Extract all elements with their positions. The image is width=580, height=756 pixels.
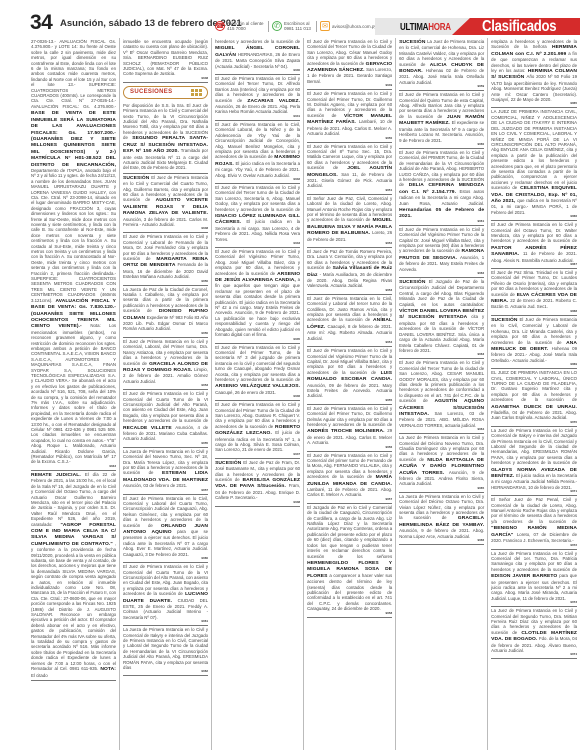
classified-notice: La Jueza de Primera Instancia en lo Civi… <box>123 448 208 495</box>
phone-icon: ☎ <box>215 21 225 31</box>
notice-text: El Juez de Primera Instancia en lo Civil… <box>215 122 300 159</box>
classified-notice: La Juez de Primera Instancia en lo Civil… <box>491 607 577 659</box>
notice-code: 9045 <box>215 338 300 341</box>
classified-notice: El Juez de Primera Instancia en lo Civil… <box>307 143 392 195</box>
contact-whatsapp: ✆ Escribinos al0981 111 013 <box>272 19 311 33</box>
classified-notice: El Juez de Primera Instancia en lo Civil… <box>307 38 392 90</box>
notice-text: El Juez de Primera Instancia en lo Civil… <box>491 222 577 243</box>
notice-text: El Juez de Primera Instancia en lo Civil… <box>215 345 300 382</box>
notice-name: SUCESIÓN <box>399 40 427 45</box>
classified-notice: El Juez de Primera Instancia en lo Civil… <box>215 248 300 344</box>
notice-code: 9057 <box>123 489 208 492</box>
classified-notice: El Juez de Primera Instancia en lo Civil… <box>399 359 484 434</box>
notice-text: El Juzgado de Paz en lo Civil y Comercia… <box>307 505 392 559</box>
notice-code: 9052 <box>307 242 392 245</box>
notice-code: 9056 <box>307 446 392 449</box>
notice-name: RECALDE VILLETE <box>123 426 175 431</box>
notice-text: El Juez de Primera Instancia en lo Civil… <box>215 185 300 212</box>
notice-name: SUCESIÓN <box>491 318 519 323</box>
notice-name: ARSENIO VELÁZQUEZ VALLEJOS. <box>215 384 300 389</box>
notice-code: 9066 <box>491 215 577 218</box>
notice-code: 9059 <box>399 85 484 88</box>
brand-part1: ULTIMA <box>400 22 428 33</box>
section-title: Clasificados <box>482 18 556 36</box>
classified-notice: El Señor Juez de Paz, Civil, Comercial y… <box>307 195 392 248</box>
notice-text: 27-0026-13.- AVALUACIÓN FISCAL Gs. 4.376… <box>31 39 116 109</box>
classified-notice: SUCESIÓN El Juez de Primera Instancia en… <box>491 316 577 369</box>
notice-code: 9057 <box>307 498 392 501</box>
notice-code: 9067 <box>491 263 577 266</box>
notice-name: AGANETHA DUECK DE UNRAU. <box>491 405 577 410</box>
classified-notice: El Juez de Primera Instancia en lo Civil… <box>123 233 208 285</box>
notice-text: a fin que aquellos que tengan algo que r… <box>215 277 300 337</box>
people-icon <box>191 89 202 96</box>
notice-text: El día 22 de Febrero de 2021, a las 15:0… <box>31 472 116 527</box>
notice-code: 9058 <box>307 612 392 615</box>
notice-code: 9060 <box>399 143 484 146</box>
notice-text: Departamento de ITAPÚA, anotado bajo el … <box>31 168 116 303</box>
classified-notice: REMATE JUDICIAL. El día 22 de Febrero de… <box>31 471 116 681</box>
contact-email: ✉ avisos@uhora.com.py <box>320 19 377 33</box>
notice-code: 9049 <box>307 84 392 87</box>
notice-text: Lambaré, 11 de Febrero de 2021. Abog. Ca… <box>307 487 392 497</box>
notice-text: , y conforme a la providencia de fecha 0… <box>31 541 116 671</box>
classified-notice: SUCESIÓN El Juzgado de Paz de la Circuns… <box>399 278 484 359</box>
classified-notice: La Juez de Primera Instancia en lo Civil… <box>491 427 577 496</box>
notice-code: 9061 <box>399 220 484 223</box>
classified-notice: El Juez de Primera Instancia en lo Civil… <box>399 91 484 149</box>
classified-notice: El Juez de Primera Instancia en lo Civil… <box>215 75 300 121</box>
classified-notice: El Juez de Primera Instancia en lo Civil… <box>215 401 300 459</box>
classified-notice: El Juez de Primera Instancia en lo Civil… <box>123 495 208 563</box>
notice-text: a comparecer a hacer valer sus acciones … <box>307 573 392 611</box>
notice-code: 9062 <box>399 272 484 275</box>
notice-text: Asunción, 26 de Enero de 2021. Abg. Perl… <box>215 104 300 114</box>
section-heading-label: SUCESIONES <box>130 89 172 95</box>
classifieds-columns: 27-0026-13.- AVALUACIÓN FISCAL Gs. 4.376… <box>28 38 580 750</box>
notice-code: 9063 <box>399 353 484 356</box>
divider <box>316 21 317 32</box>
contact-value: 415 7000 <box>227 26 246 31</box>
notice-code: 9055 <box>123 442 208 445</box>
classified-notice: inmueble se encuentra ocupado (según cat… <box>123 38 208 83</box>
notice-text: El Señor Juez de Paz Penal, Civil y Come… <box>491 497 577 524</box>
classified-notice: La Jueza de Primera Instancia en lo Civi… <box>123 626 208 676</box>
notice-name: SUCESIÓN <box>399 280 429 285</box>
notice-name: ZACARIAS VALDEZ. <box>242 99 300 104</box>
notice-code: 9062 <box>123 670 208 673</box>
classified-notice: El Juez de Primera Instancia en lo Civil… <box>307 452 392 504</box>
notice-code: 9068 <box>491 310 577 313</box>
notice-code: 9050 <box>123 280 208 283</box>
notice-code: 9070 <box>491 421 577 424</box>
classified-notice: herederos y acreedores de la sucesión de… <box>215 38 300 75</box>
column-4: El Juez de Primera Instancia en lo Civil… <box>304 38 396 750</box>
notice-code: 9048 <box>215 501 300 504</box>
classified-notice: El Juez de Primera Instancia en lo Civil… <box>215 121 300 184</box>
notice-text: El citado <box>31 673 48 678</box>
notice-text: Por disposición de S.S. la Sra. El Juez … <box>123 103 208 140</box>
section-heading-sucesiones: SUCESIONES <box>123 86 208 99</box>
contact-phone: ☎ Atención al cliente415 7000 <box>215 19 264 33</box>
notice-name: SUCESIÓN <box>123 176 151 181</box>
notice-name: ANDRÉS TROCHE MOLINIERA. <box>307 429 387 434</box>
classified-notice: El Juez de Primera Instancia en lo Civil… <box>491 221 577 269</box>
classified-notice: La Juez de Primera Instancia en lo Civil… <box>399 434 484 493</box>
notice-code: 9041 <box>215 115 300 118</box>
notice-code: 9043 <box>215 242 300 245</box>
classified-notice: El Juez de Primera Instancia en lo Civil… <box>307 90 392 142</box>
classified-notice: emplaza a herederos y acreedores de la S… <box>491 38 577 108</box>
classified-notice: EL JUEZ DE PRIMERA INSTANCIA EN LO CIVIL… <box>491 369 577 427</box>
notice-code: 9048 <box>123 77 208 80</box>
classified-notice: El Juez de Primera Instancia en lo Civil… <box>307 347 392 405</box>
email-icon: ✉ <box>320 21 330 31</box>
classified-notice: El Juez de Paz Slma. Trinidad en lo Civi… <box>491 269 577 316</box>
notice-code: 9054 <box>307 341 392 344</box>
notice-text: cita y emplaza por 60 días a herederos y… <box>399 314 484 352</box>
notice-text: - María Auxiliadora, 26 de diciembre de … <box>307 272 392 289</box>
notice-code: 9065 <box>399 487 484 490</box>
notice-name: SUCESIÓN <box>215 461 243 466</box>
classified-notice: SUCESIÓN La Juez de Primera Instancia en… <box>399 38 484 91</box>
classified-notice: El Juez de Primera Instancia en lo Civil… <box>215 344 300 402</box>
notice-code: 9050 <box>123 332 208 335</box>
classified-notice: El Señor Juez de Paz Penal, Civil y Come… <box>491 496 577 549</box>
classified-notice: El Juez de Primera Instancia en lo Civil… <box>215 184 300 248</box>
notice-text: Caacupé, 26 de enero de 2021. <box>215 390 276 395</box>
page-number: 34 <box>30 11 52 35</box>
classified-notice: El Juez de Primera Instancia en lo Civil… <box>307 295 392 347</box>
notice-text: El Juez de Primera Instancia en lo Civil… <box>307 406 392 427</box>
column-6: emplaza a herederos y acreedores de la S… <box>488 38 580 750</box>
classified-notice: SUCESIÓN El Juez de Paz de Fram, Dr. Jos… <box>215 459 300 507</box>
contact-value: avisos@uhora.com.py <box>332 24 377 29</box>
notice-code: 9061 <box>123 620 208 623</box>
classified-notice: El Juez de Primera Instancia en lo Civil… <box>123 390 208 448</box>
notice-code: 9047 <box>215 453 300 456</box>
notice-name: REMATE JUDICIAL. <box>31 473 85 478</box>
notice-code: 9046 <box>215 395 300 398</box>
notice-code: 9073 <box>491 601 577 604</box>
notice-text: Filadelfia, 04 de Febrero de 2021. Abog.… <box>491 410 577 420</box>
notice-code: 9051 <box>307 189 392 192</box>
notice-code: 9060 <box>123 557 208 560</box>
notice-text: El Juez de Primera Instancia en lo Civil… <box>399 360 484 403</box>
notice-text: Asunción, 9 de febrero de 2021. Abog. No… <box>399 528 484 538</box>
classified-notice: El Juez de Primera Instancia en lo Civil… <box>399 226 484 278</box>
notice-code: 9053 <box>123 384 208 387</box>
notice-text: El Juez de Primera Instancia en lo Civil… <box>123 391 208 423</box>
notice-name: EDISON JAVIER BARRETO <box>491 574 559 579</box>
notice-text: Asunción, 3 de febrero de 2021. Carlos M… <box>123 217 208 227</box>
notice-text: Asunción, 09 de febrero de 2021. Mary Es… <box>307 383 392 399</box>
divider <box>268 21 269 32</box>
brand-part2: HORA <box>428 22 451 33</box>
notice-text: LA JUEZ DE PRIMERA INSTANCIA CIVIL, COME… <box>491 109 577 190</box>
notice-code: 9048 <box>123 227 208 230</box>
classified-notice: La Jueza de Paz de la Ciudad de Coronel,… <box>123 286 208 338</box>
notice-code: 9069 <box>491 363 577 366</box>
classified-notice: Por disposición de S.S. la Sra. El Juez … <box>123 102 208 174</box>
classified-notice: 27-0026-13.- AVALUACIÓN FISCAL Gs. 4.376… <box>31 38 116 471</box>
whatsapp-icon: ✆ <box>272 21 282 31</box>
page-header: 34 Asunción, sábado 13 de febrero de 202… <box>0 0 580 34</box>
notice-code: 9042 <box>215 178 300 181</box>
column-2: inmueble se encuentra ocupado (según cat… <box>120 38 212 750</box>
notice-text: El Juez de Primera Instancia en lo Civil… <box>399 150 484 187</box>
classified-notice: El Juzgado de Paz en lo Civil y Comercia… <box>307 504 392 618</box>
notice-text: La Juez de Primera Instancia en lo Civil… <box>491 428 577 465</box>
column-3: herederos y acreedores de la sucesión de… <box>212 38 304 750</box>
notice-code: 9050 <box>307 137 392 140</box>
notice-code: 9072 <box>491 544 577 547</box>
notice-text: Nota: Los mencionados inmuebles (ambos),… <box>31 323 116 464</box>
notice-code: 9064 <box>399 428 484 431</box>
classified-notice: El Juez de Primera Instancia en lo Civil… <box>123 563 208 626</box>
column-1: 27-0026-13.- AVALUACIÓN FISCAL Gs. 4.376… <box>28 38 120 750</box>
notice-code: 9043 <box>31 465 116 468</box>
notice-text: EL JUEZ DE PRIMERA INSTANCIA EN LO CIVIL… <box>491 370 577 402</box>
classified-notice: El Juez de Primera Instancia en lo civil… <box>123 338 208 390</box>
column-5: SUCESIÓN La Juez de Primera Instancia en… <box>396 38 488 750</box>
notice-name: Hernandarias 05 de Febrero de 2021. <box>399 208 484 219</box>
notice-code: 9053 <box>307 289 392 292</box>
brand-logo: ULTIMAHORA <box>400 22 451 33</box>
notice-text: La Jueza de Primera Instancia en lo Civi… <box>123 627 208 670</box>
notice-code: 9040 <box>215 69 300 72</box>
classified-notice: SUCESIÓN El Juez de Primera Instancia en… <box>123 174 208 234</box>
notice-code: 9074 <box>491 653 577 656</box>
contact-value: 0981 111 013 <box>284 26 311 31</box>
notice-name: BASE DE VENTA DE ESTE INMUEBLE SERÁ LA S… <box>31 111 116 167</box>
classified-notice: La Jueza de Primera Instancia en lo Civi… <box>399 493 484 545</box>
notice-name: NOTA: <box>98 667 116 672</box>
notice-code: 9066 <box>399 539 484 542</box>
notice-text: La Juez de Primera Instancia en lo Civil… <box>491 551 577 572</box>
notice-code: 9055 <box>307 399 392 402</box>
notice-text: inmueble se encuentra ocupado (según cat… <box>123 39 208 76</box>
classified-notice: La Juez de Primera Instancia en lo Civil… <box>491 550 577 608</box>
classified-notice: El Juez de Paz de Tomás Romero Pereira, … <box>307 248 392 295</box>
notice-text: herederos y acreedores de la sucesión de <box>215 39 300 44</box>
classified-notice: LA JUEZ DE PRIMERA INSTANCIA CIVIL, COME… <box>491 108 577 221</box>
notice-code: 9065 <box>491 102 577 105</box>
notice-code: 9071 <box>491 490 577 493</box>
classified-notice: El Juez de Primera Instancia en lo Civil… <box>399 149 484 226</box>
classified-notice: El Juez de Primera Instancia en lo Civil… <box>307 405 392 452</box>
notice-text: Asunción, 03 de febrero de 2021. <box>123 483 187 488</box>
